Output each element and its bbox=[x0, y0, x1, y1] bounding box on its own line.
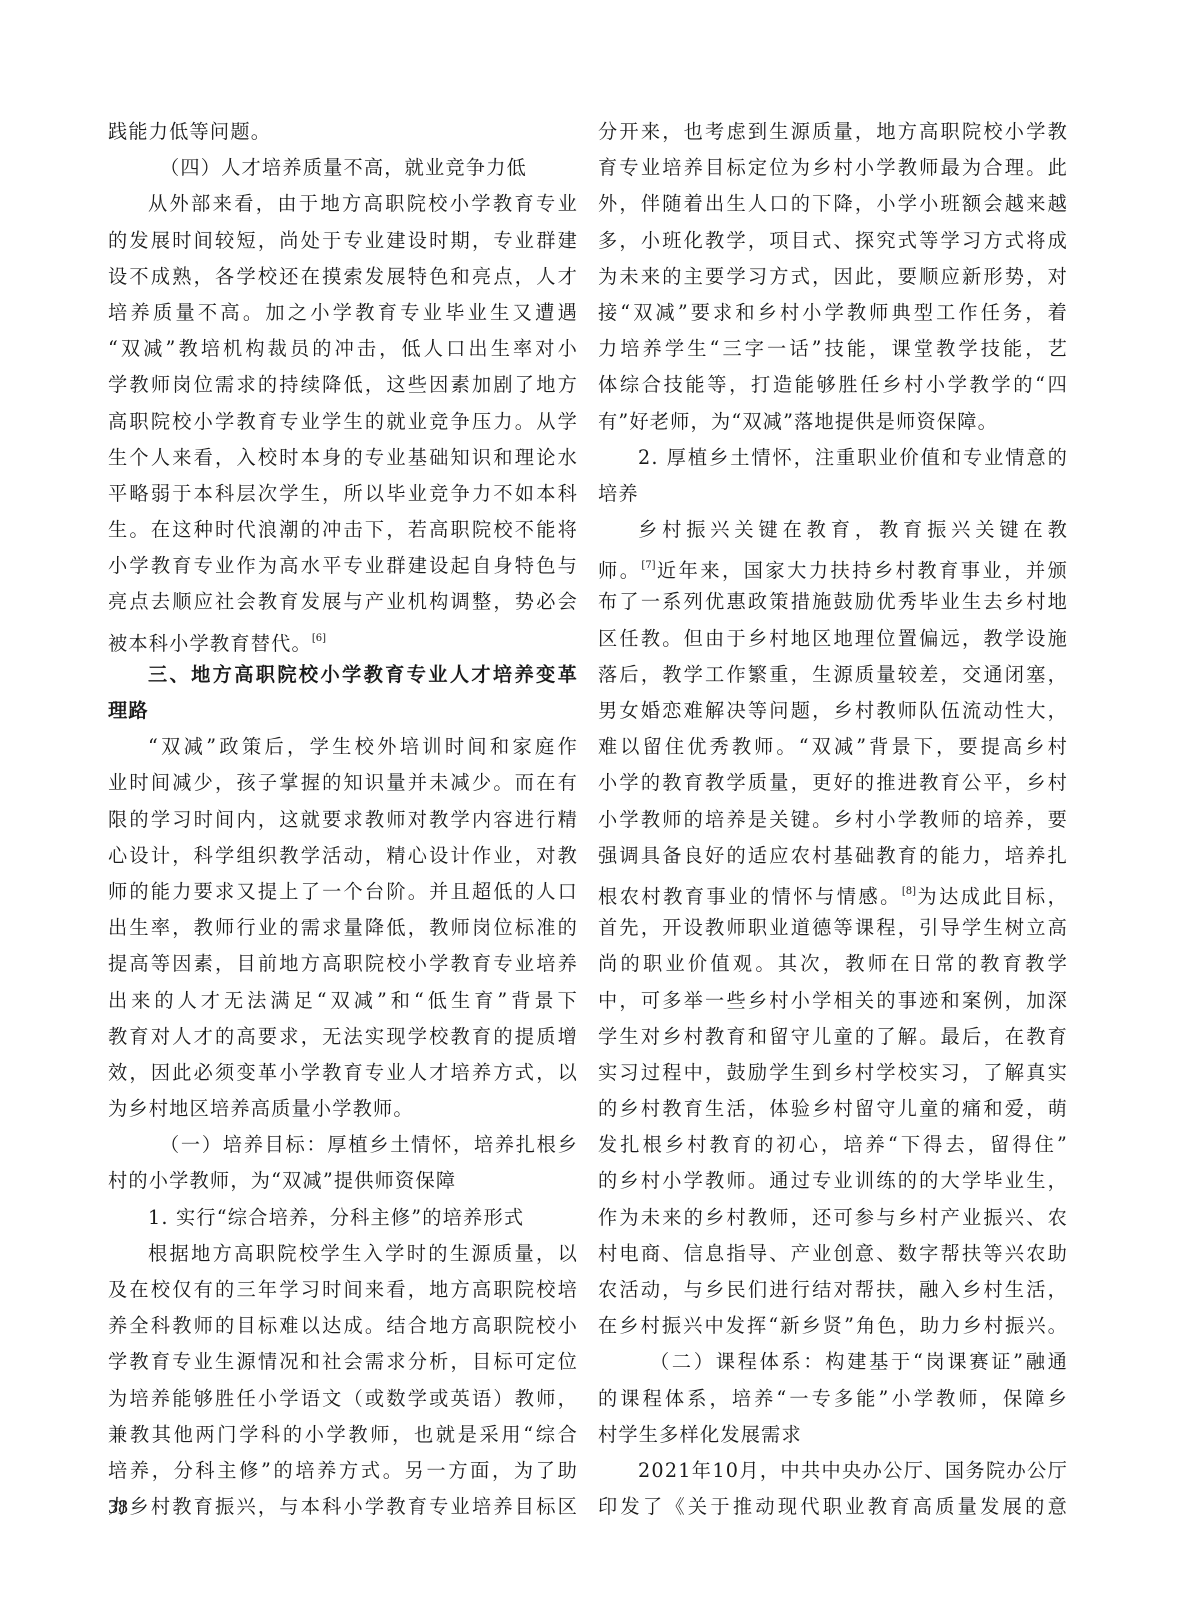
line-text: 出生率，教师行业的需求量降低，教师岗位标准的 bbox=[108, 916, 578, 939]
line-text: 亮点去顺应社会教育发展与产业机构调整，势必会 bbox=[108, 590, 578, 613]
text-line: 高职院校小学教育专业学生的就业竞争压力。从学 bbox=[108, 404, 578, 440]
text-line: 业时间减少，孩子掌握的知识量并未减少。而在有 bbox=[108, 765, 578, 801]
line-text: 尚的职业价值观。其次，教师在日常的教育教学 bbox=[598, 952, 1068, 975]
text-line: 农活动，与乡民们进行结对帮扶，融入乡村生活， bbox=[598, 1272, 1068, 1308]
line-text: 难以留住优秀教师。“双减”背景下，要提高乡村 bbox=[598, 735, 1068, 758]
line-text: 效，因此必须变革小学教育专业人才培养方式，以 bbox=[108, 1061, 578, 1084]
line-text: 布了一系列优惠政策措施鼓励优秀毕业生去乡村地 bbox=[598, 590, 1068, 613]
line-text: 在乡村振兴中发挥“新乡贤”角色，助力乡村振兴。 bbox=[598, 1314, 1068, 1337]
text-line: 小学教师的培养是关键。乡村小学教师的培养，要 bbox=[598, 802, 1068, 838]
line-text: 多，小班化教学，项目式、探究式等学习方式将成 bbox=[598, 229, 1068, 252]
line-text: 力培养学生“三字一话”技能，课堂教学技能，艺 bbox=[598, 337, 1068, 360]
line-text: 根农村教育事业的情怀与情感。 bbox=[598, 885, 902, 908]
text-line: 区任教。但由于乡村地区地理位置偏远，教学设施 bbox=[598, 621, 1068, 657]
text-line: 生。在这种时代浪潮的冲击下，若高职院校不能将 bbox=[108, 512, 578, 548]
text-line: 平略弱于本科层次学生，所以毕业竞争力不如本科 bbox=[108, 476, 578, 512]
line-text: 平略弱于本科层次学生，所以毕业竞争力不如本科 bbox=[108, 482, 578, 505]
line-text: 生个人来看，入校时本身的专业基础知识和理论水 bbox=[108, 446, 578, 469]
text-line: 亮点去顺应社会教育发展与产业机构调整，势必会 bbox=[108, 584, 578, 620]
line-text: 为未来的主要学习方式，因此，要顺应新形势，对 bbox=[598, 265, 1068, 288]
text-line: 体综合技能等，打造能够胜任乡村小学教学的“四 bbox=[598, 367, 1068, 403]
text-line: 的乡村小学教师。通过专业训练的的大学毕业生， bbox=[598, 1163, 1068, 1199]
text-line: 印发了《关于推动现代职业教育高质量发展的意 bbox=[598, 1489, 1068, 1525]
line-text: 业时间减少，孩子掌握的知识量并未减少。而在有 bbox=[108, 771, 578, 794]
line-text: 心设计，科学组织教学活动，精心设计作业，对教 bbox=[108, 844, 578, 867]
line-text: （二）课程体系：构建基于“岗课赛证”融通 bbox=[650, 1350, 1068, 1373]
text-line: 2021年10月，中共中央办公厅、国务院办公厅 bbox=[598, 1453, 1068, 1489]
line-text: 中，可多举一些乡村小学相关的事迹和案例，加深 bbox=[598, 989, 1068, 1012]
text-line: 乡村振兴关键在教育，教育振兴关键在教 bbox=[598, 512, 1068, 548]
text-line: 分开来，也考虑到生源质量，地方高职院校小学教 bbox=[598, 114, 1068, 150]
line-text: 师。 bbox=[598, 559, 641, 582]
line-text: 限的学习时间内，这就要求教师对教学内容进行精 bbox=[108, 808, 578, 831]
line-text: 发扎根乡村教育的初心，培养“下得去，留得住” bbox=[598, 1133, 1068, 1156]
text-line: 村电商、信息指导、产业创意、数字帮扶等兴农助 bbox=[598, 1236, 1068, 1272]
line-text: 分开来，也考虑到生源质量，地方高职院校小学教 bbox=[598, 120, 1068, 143]
line-text: 兼教其他两门学科的小学教师，也就是采用“综合 bbox=[108, 1423, 578, 1446]
citation-ref: [6] bbox=[312, 633, 326, 644]
text-line: 外，伴随着出生人口的下降，小学小班额会越来越 bbox=[598, 186, 1068, 222]
line-text: 师的能力要求又提上了一个台阶。并且超低的人口 bbox=[108, 880, 578, 903]
text-line: 学教育专业生源情况和社会需求分析，目标可定位 bbox=[108, 1344, 578, 1380]
text-line: “双减”政策后，学生校外培训时间和家庭作 bbox=[108, 729, 578, 765]
line-text: 实习过程中，鼓励学生到乡村学校实习，了解真实 bbox=[598, 1061, 1068, 1084]
line-text: 被本科小学教育替代。 bbox=[108, 632, 312, 655]
text-line: 被本科小学教育替代。[6] bbox=[108, 621, 578, 657]
text-line: 有”好老师，为“双减”落地提供是师资保障。 bbox=[598, 404, 1068, 440]
text-line: 力乡村教育振兴，与本科小学教育专业培养目标区 bbox=[108, 1489, 578, 1525]
text-line: 为乡村地区培养高质量小学教师。 bbox=[108, 1091, 578, 1127]
citation-ref: [8] bbox=[902, 886, 916, 897]
line-text: 2021年10月，中共中央办公厅、国务院办公厅 bbox=[638, 1459, 1068, 1482]
text-line: 难以留住优秀教师。“双减”背景下，要提高乡村 bbox=[598, 729, 1068, 765]
line-text: 培养，分科主修”的培养方式。另一方面，为了助 bbox=[108, 1459, 578, 1482]
text-line: 教育对人才的高要求，无法实现学校教育的提质增 bbox=[108, 1019, 578, 1055]
text-line: 发扎根乡村教育的初心，培养“下得去，留得住” bbox=[598, 1127, 1068, 1163]
line-text: 及在校仅有的三年学习时间来看，地方高职院校培 bbox=[108, 1278, 578, 1301]
text-line: 中，可多举一些乡村小学相关的事迹和案例，加深 bbox=[598, 983, 1068, 1019]
line-text: 学生对乡村教育和留守儿童的了解。最后，在教育 bbox=[598, 1025, 1068, 1048]
right-column: 分开来，也考虑到生源质量，地方高职院校小学教育专业培养目标定位为乡村小学教师最为… bbox=[598, 114, 1068, 1525]
text-line: 心设计，科学组织教学活动，精心设计作业，对教 bbox=[108, 838, 578, 874]
text-line: 落后，教学工作繁重，生源质量较差，交通闭塞， bbox=[598, 657, 1068, 693]
subheading-line: 培养 bbox=[598, 476, 1068, 512]
heading-line: 理路 bbox=[108, 693, 578, 729]
text-line: 多，小班化教学，项目式、探究式等学习方式将成 bbox=[598, 223, 1068, 259]
line-text: 强调具备良好的适应农村基础教育的能力，培养扎 bbox=[598, 844, 1068, 867]
line-text: 村学生多样化发展需求 bbox=[598, 1423, 802, 1446]
text-line: 及在校仅有的三年学习时间来看，地方高职院校培 bbox=[108, 1272, 578, 1308]
text-line: 提高等因素，目前地方高职院校小学教育专业培养 bbox=[108, 946, 578, 982]
line-text: 的发展时间较短，尚处于专业建设时期，专业群建 bbox=[108, 229, 578, 252]
line-text: 区任教。但由于乡村地区地理位置偏远，教学设施 bbox=[598, 627, 1068, 650]
subheading-line: 村的小学教师，为“双减”提供师资保障 bbox=[108, 1163, 578, 1199]
text-line: 在乡村振兴中发挥“新乡贤”角色，助力乡村振兴。 bbox=[598, 1308, 1068, 1344]
line-text: 小学教师的培养是关键。乡村小学教师的培养，要 bbox=[598, 808, 1068, 831]
line-text: 作为未来的乡村教师，还可参与乡村产业振兴、农 bbox=[598, 1206, 1068, 1229]
text-line: 小学教育专业作为高水平专业群建设起自身特色与 bbox=[108, 548, 578, 584]
text-line: 践能力低等问题。 bbox=[108, 114, 578, 150]
text-line: 生个人来看，入校时本身的专业基础知识和理论水 bbox=[108, 440, 578, 476]
line-text: 设不成熟，各学校还在摸索发展特色和亮点，人才 bbox=[108, 265, 578, 288]
line-text: 小学教育专业作为高水平专业群建设起自身特色与 bbox=[108, 554, 578, 577]
line-text: 村电商、信息指导、产业创意、数字帮扶等兴农助 bbox=[598, 1242, 1068, 1265]
line-text: 学教师岗位需求的持续降低，这些因素加剧了地方 bbox=[108, 373, 578, 396]
text-line: 从外部来看，由于地方高职院校小学教育专业 bbox=[108, 186, 578, 222]
text-line: 限的学习时间内，这就要求教师对教学内容进行精 bbox=[108, 802, 578, 838]
page-number: 38 bbox=[108, 1496, 128, 1519]
text-line: 力培养学生“三字一话”技能，课堂教学技能，艺 bbox=[598, 331, 1068, 367]
line-text: “双减”教培机构裁员的冲击，低人口出生率对小 bbox=[108, 337, 578, 360]
line-text: 为培养能够胜任小学语文（或数学或英语）教师， bbox=[108, 1387, 578, 1410]
text-line: 养全科教师的目标难以达成。结合地方高职院校小 bbox=[108, 1308, 578, 1344]
line-text: （一）培养目标：厚植乡土情怀，培养扎根乡 bbox=[160, 1133, 578, 1156]
heading-line: 三、地方高职院校小学教育专业人才培养变革 bbox=[108, 657, 578, 693]
line-text: 的课程体系，培养“一专多能”小学教师，保障乡 bbox=[598, 1387, 1068, 1410]
line-text: 养全科教师的目标难以达成。结合地方高职院校小 bbox=[108, 1314, 578, 1337]
line-text: 三、地方高职院校小学教育专业人才培养变革 bbox=[148, 663, 578, 686]
line-text: 践能力低等问题。 bbox=[108, 120, 271, 143]
text-line: 的乡村教育生活，体验乡村留守儿童的痛和爱，萌 bbox=[598, 1091, 1068, 1127]
text-line: 布了一系列优惠政策措施鼓励优秀毕业生去乡村地 bbox=[598, 584, 1068, 620]
text-line: 育专业培养目标定位为乡村小学教师最为合理。此 bbox=[598, 150, 1068, 186]
text-line: 学教师岗位需求的持续降低，这些因素加剧了地方 bbox=[108, 367, 578, 403]
line-text: 印发了《关于推动现代职业教育高质量发展的意 bbox=[598, 1495, 1068, 1518]
text-line: 为培养能够胜任小学语文（或数学或英语）教师， bbox=[108, 1381, 578, 1417]
text-line: 培养质量不高。加之小学教育专业毕业生又遭遇 bbox=[108, 295, 578, 331]
subheading-line: 1. 实行“综合培养，分科主修”的培养形式 bbox=[108, 1200, 578, 1236]
text-line: 培养，分科主修”的培养方式。另一方面，为了助 bbox=[108, 1453, 578, 1489]
line-text-continued: 近年来，国家大力扶持乡村教育事业，并颁 bbox=[656, 559, 1068, 582]
line-text: “双减”政策后，学生校外培训时间和家庭作 bbox=[148, 735, 578, 758]
text-line: 师。[7]近年来，国家大力扶持乡村教育事业，并颁 bbox=[598, 548, 1068, 584]
text-line: 为未来的主要学习方式，因此，要顺应新形势，对 bbox=[598, 259, 1068, 295]
left-column: 践能力低等问题。（四）人才培养质量不高，就业竞争力低从外部来看，由于地方高职院校… bbox=[108, 114, 578, 1525]
line-text: 学教育专业生源情况和社会需求分析，目标可定位 bbox=[108, 1350, 578, 1373]
text-line: 效，因此必须变革小学教育专业人才培养方式，以 bbox=[108, 1055, 578, 1091]
line-text-continued: 为达成此目标， bbox=[916, 885, 1068, 908]
text-line: “双减”教培机构裁员的冲击，低人口出生率对小 bbox=[108, 331, 578, 367]
line-text: 育专业培养目标定位为乡村小学教师最为合理。此 bbox=[598, 156, 1068, 179]
line-text: 力乡村教育振兴，与本科小学教育专业培养目标区 bbox=[108, 1495, 578, 1518]
line-text: 体综合技能等，打造能够胜任乡村小学教学的“四 bbox=[598, 373, 1068, 396]
line-text: （四）人才培养质量不高，就业竞争力低 bbox=[160, 156, 527, 179]
text-line: 强调具备良好的适应农村基础教育的能力，培养扎 bbox=[598, 838, 1068, 874]
line-text: 1. 实行“综合培养，分科主修”的培养形式 bbox=[148, 1206, 524, 1229]
text-line: 设不成熟，各学校还在摸索发展特色和亮点，人才 bbox=[108, 259, 578, 295]
line-text: 农活动，与乡民们进行结对帮扶，融入乡村生活， bbox=[598, 1278, 1068, 1301]
line-text: 培养质量不高。加之小学教育专业毕业生又遭遇 bbox=[108, 301, 578, 324]
text-line: 根据地方高职院校学生入学时的生源质量，以 bbox=[108, 1236, 578, 1272]
line-text: 从外部来看，由于地方高职院校小学教育专业 bbox=[148, 192, 578, 215]
line-text: 理路 bbox=[108, 699, 149, 722]
subheading-line: 2. 厚植乡土情怀，注重职业价值和专业情意的 bbox=[598, 440, 1068, 476]
text-line: 师的能力要求又提上了一个台阶。并且超低的人口 bbox=[108, 874, 578, 910]
subheading-line: （一）培养目标：厚植乡土情怀，培养扎根乡 bbox=[108, 1127, 578, 1163]
text-line: 首先，开设教师职业道德等课程，引导学生树立高 bbox=[598, 910, 1068, 946]
line-text: 为乡村地区培养高质量小学教师。 bbox=[108, 1097, 414, 1120]
line-text: 接“双减”要求和乡村小学教师典型工作任务，着 bbox=[598, 301, 1068, 324]
line-text: 落后，教学工作繁重，生源质量较差，交通闭塞， bbox=[598, 663, 1068, 686]
subheading-line: 的课程体系，培养“一专多能”小学教师，保障乡 bbox=[598, 1381, 1068, 1417]
line-text: 教育对人才的高要求，无法实现学校教育的提质增 bbox=[108, 1025, 578, 1048]
line-text: 的乡村教育生活，体验乡村留守儿童的痛和爱，萌 bbox=[598, 1097, 1068, 1120]
citation-ref: [7] bbox=[641, 560, 655, 571]
subheading-line: （四）人才培养质量不高，就业竞争力低 bbox=[108, 150, 578, 186]
line-text: 生。在这种时代浪潮的冲击下，若高职院校不能将 bbox=[108, 518, 578, 541]
line-text: 培养 bbox=[598, 482, 639, 505]
line-text: 提高等因素，目前地方高职院校小学教育专业培养 bbox=[108, 952, 578, 975]
line-text: 根据地方高职院校学生入学时的生源质量，以 bbox=[148, 1242, 578, 1265]
text-line: 出生率，教师行业的需求量降低，教师岗位标准的 bbox=[108, 910, 578, 946]
subheading-line: 村学生多样化发展需求 bbox=[598, 1417, 1068, 1453]
text-line: 的发展时间较短，尚处于专业建设时期，专业群建 bbox=[108, 223, 578, 259]
text-line: 作为未来的乡村教师，还可参与乡村产业振兴、农 bbox=[598, 1200, 1068, 1236]
subheading-line: （二）课程体系：构建基于“岗课赛证”融通 bbox=[598, 1344, 1068, 1380]
text-line: 小学的教育教学质量，更好的推进教育公平，乡村 bbox=[598, 765, 1068, 801]
line-text: 的乡村小学教师。通过专业训练的的大学毕业生， bbox=[598, 1169, 1068, 1192]
text-line: 实习过程中，鼓励学生到乡村学校实习，了解真实 bbox=[598, 1055, 1068, 1091]
text-line: 学生对乡村教育和留守儿童的了解。最后，在教育 bbox=[598, 1019, 1068, 1055]
text-line: 接“双减”要求和乡村小学教师典型工作任务，着 bbox=[598, 295, 1068, 331]
line-text: 高职院校小学教育专业学生的就业竞争压力。从学 bbox=[108, 410, 578, 433]
line-text: 2. 厚植乡土情怀，注重职业价值和专业情意的 bbox=[638, 446, 1068, 469]
line-text: 乡村振兴关键在教育，教育振兴关键在教 bbox=[638, 518, 1068, 541]
text-line: 男女婚恋难解决等问题，乡村教师队伍流动性大， bbox=[598, 693, 1068, 729]
text-line: 兼教其他两门学科的小学教师，也就是采用“综合 bbox=[108, 1417, 578, 1453]
text-line: 尚的职业价值观。其次，教师在日常的教育教学 bbox=[598, 946, 1068, 982]
text-line: 出来的人才无法满足“双减”和“低生育”背景下 bbox=[108, 983, 578, 1019]
line-text: 男女婚恋难解决等问题，乡村教师队伍流动性大， bbox=[598, 699, 1068, 722]
line-text: 出来的人才无法满足“双减”和“低生育”背景下 bbox=[108, 989, 578, 1012]
line-text: 外，伴随着出生人口的下降，小学小班额会越来越 bbox=[598, 192, 1068, 215]
line-text: 首先，开设教师职业道德等课程，引导学生树立高 bbox=[598, 916, 1068, 939]
line-text: 村的小学教师，为“双减”提供师资保障 bbox=[108, 1169, 456, 1192]
line-text: 有”好老师，为“双减”落地提供是师资保障。 bbox=[598, 410, 998, 433]
line-text: 小学的教育教学质量，更好的推进教育公平，乡村 bbox=[598, 771, 1068, 794]
text-line: 根农村教育事业的情怀与情感。[8]为达成此目标， bbox=[598, 874, 1068, 910]
